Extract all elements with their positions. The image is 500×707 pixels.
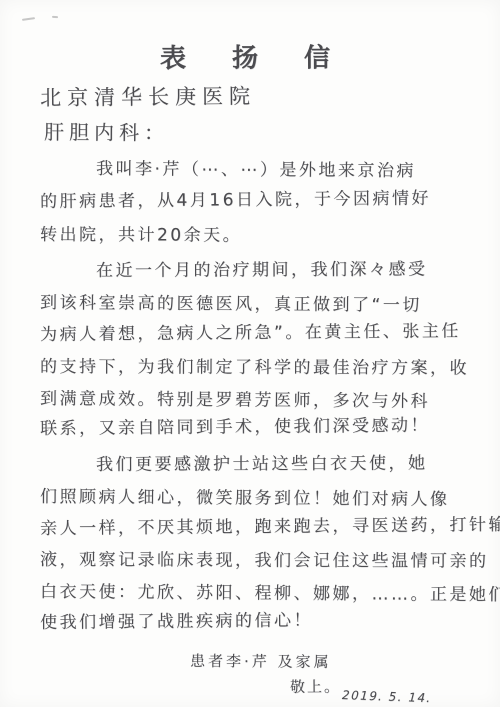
signature-date: 2019. 5. 14. (340, 688, 433, 705)
signature-name: 患者李·芹 及家属 (190, 650, 332, 672)
body-line: 的支持下，为我们制定了科学的最佳治疗方案，收 (40, 352, 469, 378)
body-line: 白衣天使：尤欣、苏阳、程柳、娜娜，……。正是她们 (40, 577, 500, 605)
scan-artifact (52, 16, 58, 18)
department-salutation: 肝胆内科： (44, 116, 169, 146)
body-line: 为病人着想，急病人之所急”。在黄主任、张主任 (40, 316, 461, 345)
hospital-name: 北京清华长庚医院 (40, 80, 256, 112)
scan-artifact (22, 17, 35, 21)
body-line: 在近一个月的治疗期间，我们深々感受 (96, 255, 428, 281)
body-line: 我们更要感激护士站这些白衣天使，她 (96, 449, 428, 475)
body-line: 到该科室崇高的医德医风，真正做到了“一切 (40, 288, 422, 316)
signature-closing: 敬上。 (290, 676, 341, 697)
body-line: 联系，又亲自陪同到手术，使我们深受感动！ (40, 411, 430, 439)
body-line: 液，观察记录临床表现，我们会记住这些温情可亲的 (40, 545, 489, 572)
body-line: 我叫李·芹（⋯、⋯）是外地来京治病 (96, 154, 416, 181)
body-line: 使我们增强了战胜疾病的信心！ (40, 606, 313, 633)
body-line: 转出院，共计20余天。 (40, 220, 242, 246)
letter-title: 表扬信 (160, 37, 376, 75)
letter-page: 表扬信 北京清华长庚医院 肝胆内科： 我叫李·芹（⋯、⋯）是外地来京治病 的肝病… (0, 0, 500, 707)
body-line: 们照顾病人细心，微笑服务到位！她们对病人像 (40, 482, 450, 510)
body-line: 的肝病患者，从4月16日入院，于今因病情好 (40, 184, 431, 212)
body-line: 到满意成效。特别是罗碧芳医师，多次与外科 (40, 384, 430, 412)
body-line: 亲人一样，不厌其烦地，跑来跑去，寻医送药，打针输 (40, 510, 500, 539)
